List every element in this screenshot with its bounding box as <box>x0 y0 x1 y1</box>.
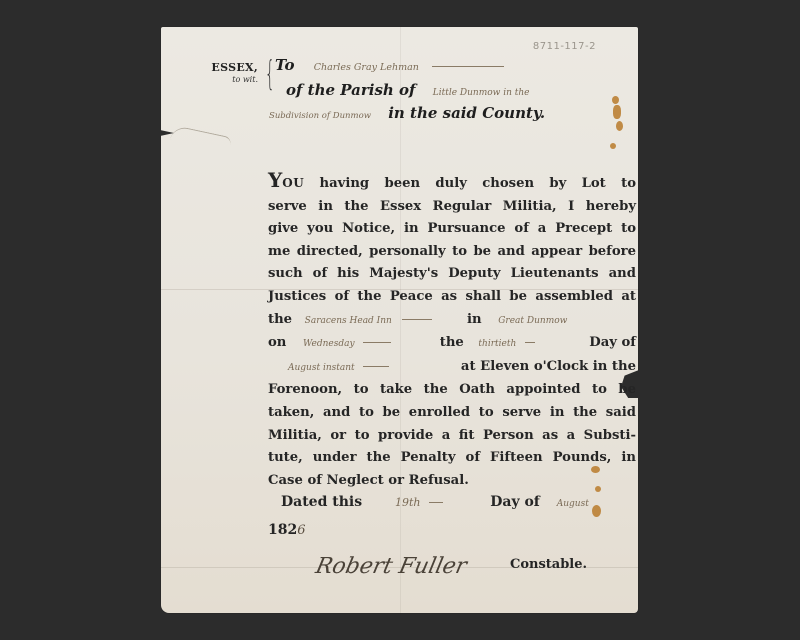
dated-line: Dated this 19th Day of August <box>281 494 589 510</box>
body-line: tute, under the Penalty of Fifteen Pound… <box>268 447 636 470</box>
stain <box>592 505 601 517</box>
body-line: Forenoon, to take the Oath appointed to … <box>268 379 636 402</box>
county-line: Subdivision of Dunmow in the said County… <box>269 104 545 122</box>
notice-body: YOU having been duly chosen by Lot to se… <box>268 169 636 492</box>
body-line: taken, and to be enrolled to serve in th… <box>268 402 636 425</box>
parish-line: of the Parish of Little Dunmow in the <box>286 81 530 99</box>
county-name: ESSEX, <box>206 61 258 74</box>
constable-signature: Robert Fuller <box>313 554 469 579</box>
day-line: on Wednesday the thirtieth Day of <box>268 332 636 356</box>
body-line: give you Notice, in Pursuance of a Prece… <box>268 218 636 241</box>
body-line: YOU having been duly chosen by Lot to <box>268 169 636 196</box>
county-label-text: in the said County. <box>388 104 545 122</box>
weekday: Wednesday <box>303 339 355 349</box>
archive-number: 8711-117-2 <box>533 41 596 52</box>
body-line: Case of Neglect or Refusal. <box>268 470 636 493</box>
stain <box>613 105 621 119</box>
body-line: serve in the Essex Regular Militia, I he… <box>268 196 636 219</box>
to-wit: to wit. <box>206 75 258 84</box>
parish-name: Little Dunmow in the <box>433 88 530 98</box>
stain <box>610 143 616 149</box>
recipient-name: Charles Gray Lehman <box>314 62 419 73</box>
month-line: August instant at Eleven o'Clock in the <box>268 356 636 380</box>
blank-line <box>432 66 504 67</box>
body-line: Militia, or to provide a fit Person as a… <box>268 425 636 448</box>
dated-year: 1826 <box>268 522 306 538</box>
town-name: Great Dunmow <box>498 316 567 326</box>
brace: { <box>265 57 275 91</box>
tear-crack <box>170 125 232 152</box>
dated-day: 19th <box>395 496 421 509</box>
meeting-month: August instant <box>288 363 355 373</box>
dated-month: August <box>557 499 589 509</box>
constable-title: Constable. <box>510 557 587 572</box>
to-label: To <box>275 56 294 74</box>
subdivision-name: Subdivision of Dunmow <box>269 111 371 121</box>
meeting-date: thirtieth <box>478 339 516 349</box>
county-label: ESSEX, to wit. <box>206 61 258 84</box>
parish-label: of the Parish of <box>286 81 416 99</box>
stain <box>616 121 623 131</box>
stain <box>612 96 619 104</box>
militia-notice-document: 8711-117-2 ESSEX, to wit. { To Charles G… <box>161 27 638 613</box>
drop-cap: Y <box>268 168 282 192</box>
place-line: the Saracens Head Inn in Great Dunmow <box>268 309 636 333</box>
body-line: me directed, personally to be and appear… <box>268 241 636 264</box>
venue-name: Saracens Head Inn <box>305 316 392 326</box>
recipient-line: To Charles Gray Lehman <box>275 56 504 74</box>
body-line: such of his Majesty's Deputy Lieutenants… <box>268 263 636 286</box>
body-line: Justices of the Peace as shall be assemb… <box>268 286 636 309</box>
